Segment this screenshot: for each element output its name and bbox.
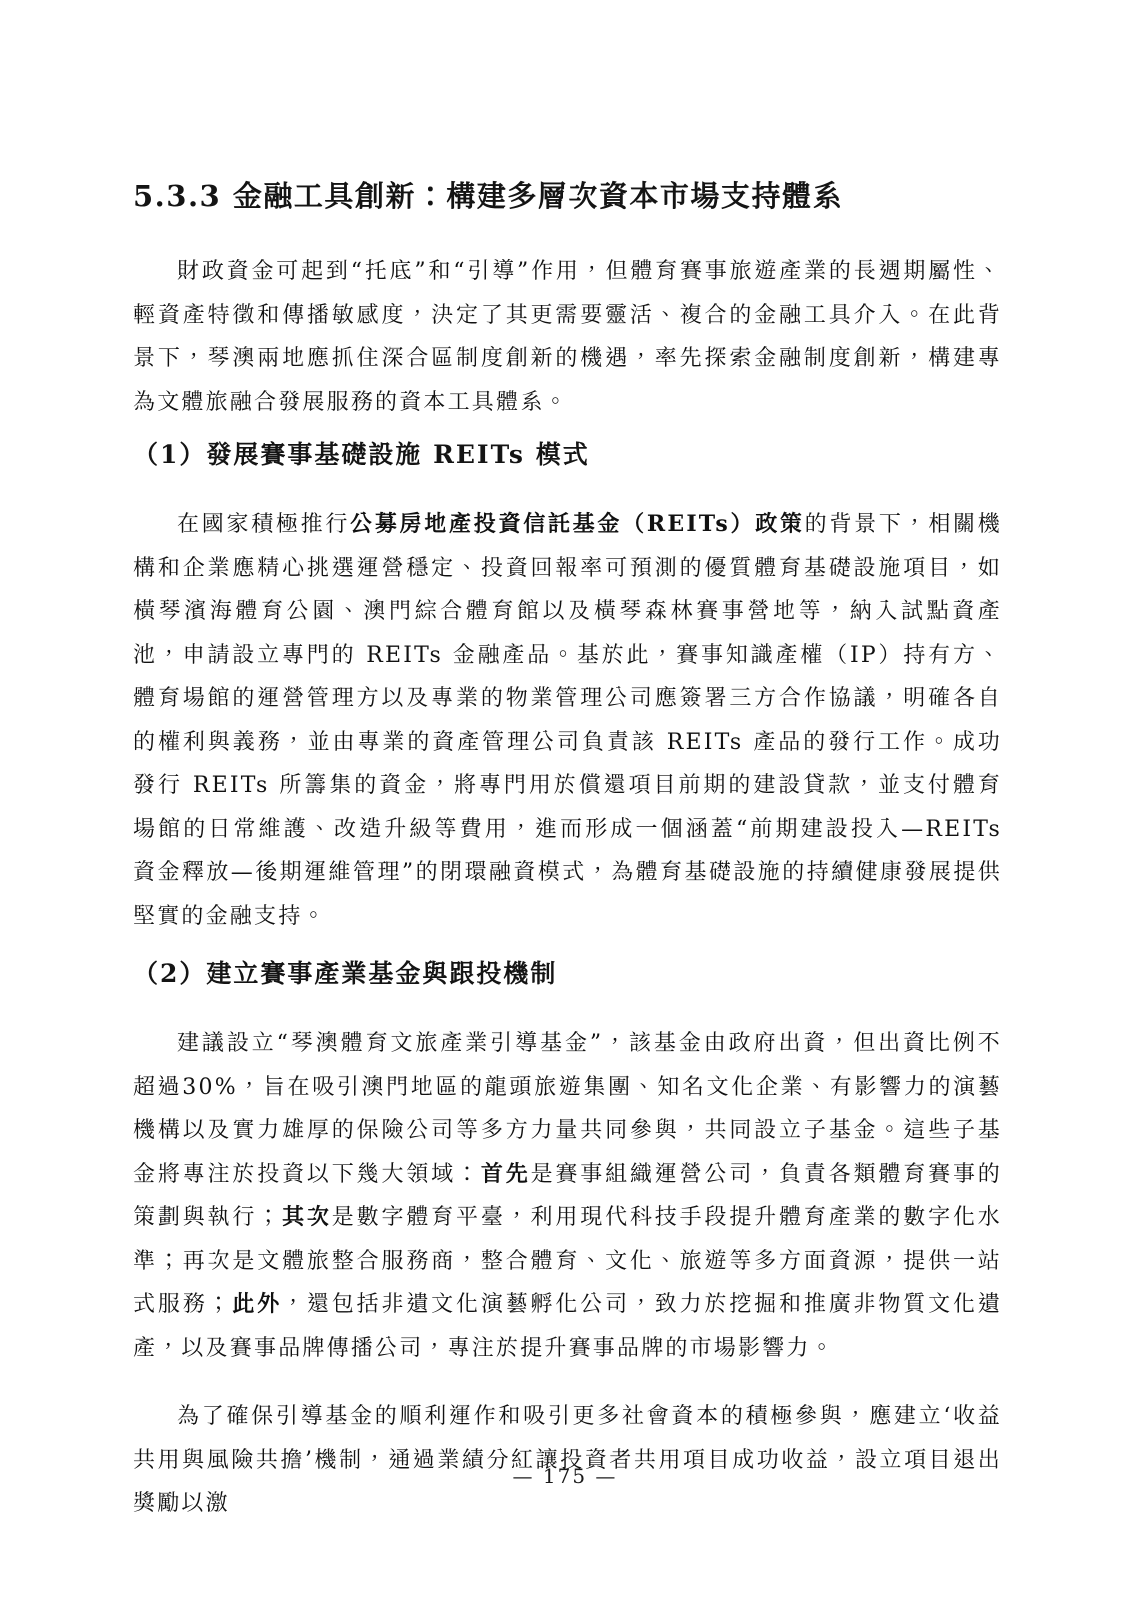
bold-text-run: 此外 [232, 1291, 282, 1317]
text-run: 財政資金可起到“托底”和“引導”作用，但體育賽事旅遊產業的長週期屬性、輕資產特徵… [133, 259, 1002, 415]
section-title: 5.3.3 金融工具創新：構建多層次資本市場支持體系 [133, 178, 1002, 214]
subsection-heading-fund: （2）建立賽事產業基金與跟投機制 [133, 957, 1002, 991]
bold-text-run: 首先 [481, 1161, 531, 1187]
document-page: 5.3.3 金融工具創新：構建多層次資本市場支持體系 財政資金可起到“托底”和“… [0, 0, 1130, 1600]
paragraph-reits: 在國家積極推行公募房地產投資信託基金（REITs）政策的背景下，相關機構和企業應… [133, 503, 1002, 938]
bold-text-run: 其次 [281, 1204, 331, 1230]
bold-text-run: 公募房地產投資信託基金（REITs）政策 [350, 511, 805, 537]
paragraph-intro: 財政資金可起到“托底”和“引導”作用，但體育賽事旅遊產業的長週期屬性、輕資產特徵… [133, 250, 1002, 424]
text-run: 的背景下，相關機構和企業應精心挑選運營穩定、投資回報率可預測的優質體育基礎設施項… [133, 512, 1002, 929]
text-run: 在國家積極推行 [177, 512, 350, 537]
text-run: 為了確保引導基金的順利運作和吸引更多社會資本的積極參與，應建立‘收益共用與風險共… [133, 1404, 1002, 1516]
paragraph-mechanism: 為了確保引導基金的順利運作和吸引更多社會資本的積極參與，應建立‘收益共用與風險共… [133, 1395, 1002, 1526]
page-number: — 175 — [0, 1464, 1130, 1488]
paragraph-fund: 建議設立“琴澳體育文旅產業引導基金”，該基金由政府出資，但出資比例不超過30%，… [133, 1022, 1002, 1370]
page-content: 5.3.3 金融工具創新：構建多層次資本市場支持體系 財政資金可起到“托底”和“… [0, 178, 1130, 1526]
subsection-heading-reits: （1）發展賽事基礎設施 REITs 模式 [133, 438, 1002, 472]
